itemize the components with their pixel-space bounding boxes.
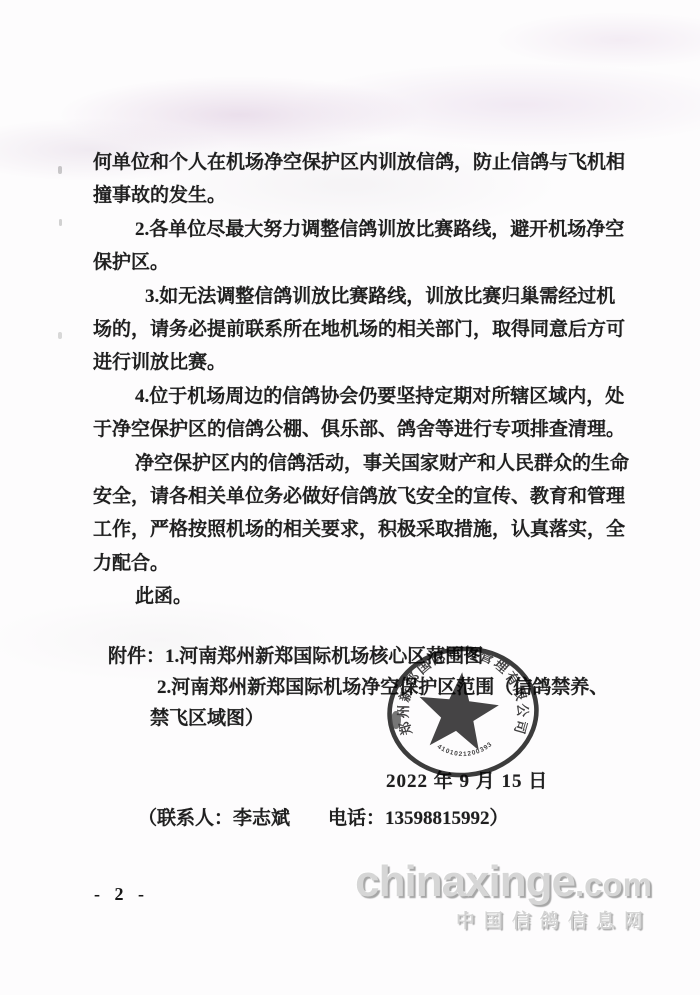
body-line: 保护区。 xyxy=(93,246,633,279)
body-line: 于净空保护区的信鸽公棚、俱乐部、鸽舍等进行专项排查清理。 xyxy=(93,413,633,446)
site-watermark: chinaxinge.com 中国信鸽信息网 xyxy=(355,860,652,932)
body-line: 进行训放比赛。 xyxy=(93,346,633,379)
star-icon xyxy=(415,668,502,752)
official-seal-stamp: 郑州新郑国际机场管理有限公司 4101021200393 xyxy=(384,642,542,782)
svg-text:4101021200393: 4101021200393 xyxy=(436,741,494,758)
watermark-domain-tld: .com xyxy=(575,866,652,903)
body-line-item-2: 2.各单位尽最大努力调整信鸽训放比赛路线，避开机场净空 xyxy=(135,213,633,246)
body-line: 场的，请务必提前联系所在地机场的相关部门，取得同意后方可 xyxy=(93,313,633,346)
body-line-item-4: 4.位于机场周边的信鸽协会仍要坚持定期对所辖区域内，处 xyxy=(135,380,633,413)
scan-speck xyxy=(59,219,62,226)
closing-line: 此函。 xyxy=(135,580,633,613)
scan-speck xyxy=(58,332,62,339)
body-line-item-3: 3.如无法调整信鸽训放比赛路线，训放比赛归巢需经过机 xyxy=(145,280,633,313)
watermark-site-name: 中国信鸽信息网 xyxy=(355,912,652,932)
body-line: 力配合。 xyxy=(93,547,633,580)
watermark-domain-main: chinaxinge xyxy=(355,857,575,906)
body-line: 工作，严格按照机场的相关要求，积极采取措施，认真落实，全 xyxy=(93,513,633,546)
body-line: 安全，请各相关单位务必做好信鸽放飞安全的宣传、教育和管理 xyxy=(93,480,633,513)
body-line: 净空保护区内的信鸽活动，事关国家财产和人民群众的生命 xyxy=(135,447,633,480)
scanned-letter-page: 何单位和个人在机场净空保护区内训放信鸽，防止信鸽与飞机相 撞事故的发生。 2.各… xyxy=(0,0,700,995)
contact-info: （联系人：李志斌 电话：13598815992） xyxy=(138,803,509,830)
scan-speck xyxy=(58,166,62,174)
body-line: 撞事故的发生。 xyxy=(93,179,633,212)
watermark-domain: chinaxinge.com xyxy=(355,860,652,907)
body-line: 何单位和个人在机场净空保护区内训放信鸽，防止信鸽与飞机相 xyxy=(93,146,633,179)
seal-code: 4101021200393 xyxy=(436,741,494,758)
page-number: - 2 - xyxy=(94,884,149,905)
letter-body: 何单位和个人在机场净空保护区内训放信鸽，防止信鸽与飞机相 撞事故的发生。 2.各… xyxy=(93,146,633,613)
